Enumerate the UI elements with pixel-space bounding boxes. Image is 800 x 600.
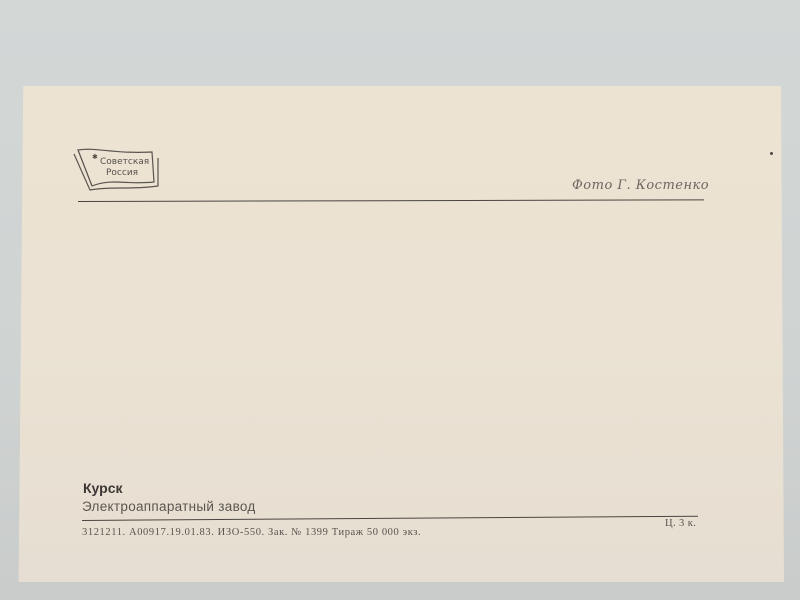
subject-caption: Электроаппаратный завод <box>82 499 256 514</box>
publisher-logo: ✱ Советская Россия <box>72 146 162 192</box>
svg-text:✱: ✱ <box>92 153 98 161</box>
logo-line1: Советская <box>100 157 149 167</box>
logo-line2: Россия <box>106 168 138 178</box>
flag-icon: ✱ Советская Россия <box>72 146 162 192</box>
city-title: Курск <box>83 480 123 496</box>
paper-speck <box>770 152 773 155</box>
imprint-line: 3121211. А00917.19.01.83. ИЗО-550. Зак. … <box>82 527 421 538</box>
price-label: Ц. 3 к. <box>665 518 696 529</box>
photo-credit: Фото Г. Костенко <box>572 178 709 193</box>
